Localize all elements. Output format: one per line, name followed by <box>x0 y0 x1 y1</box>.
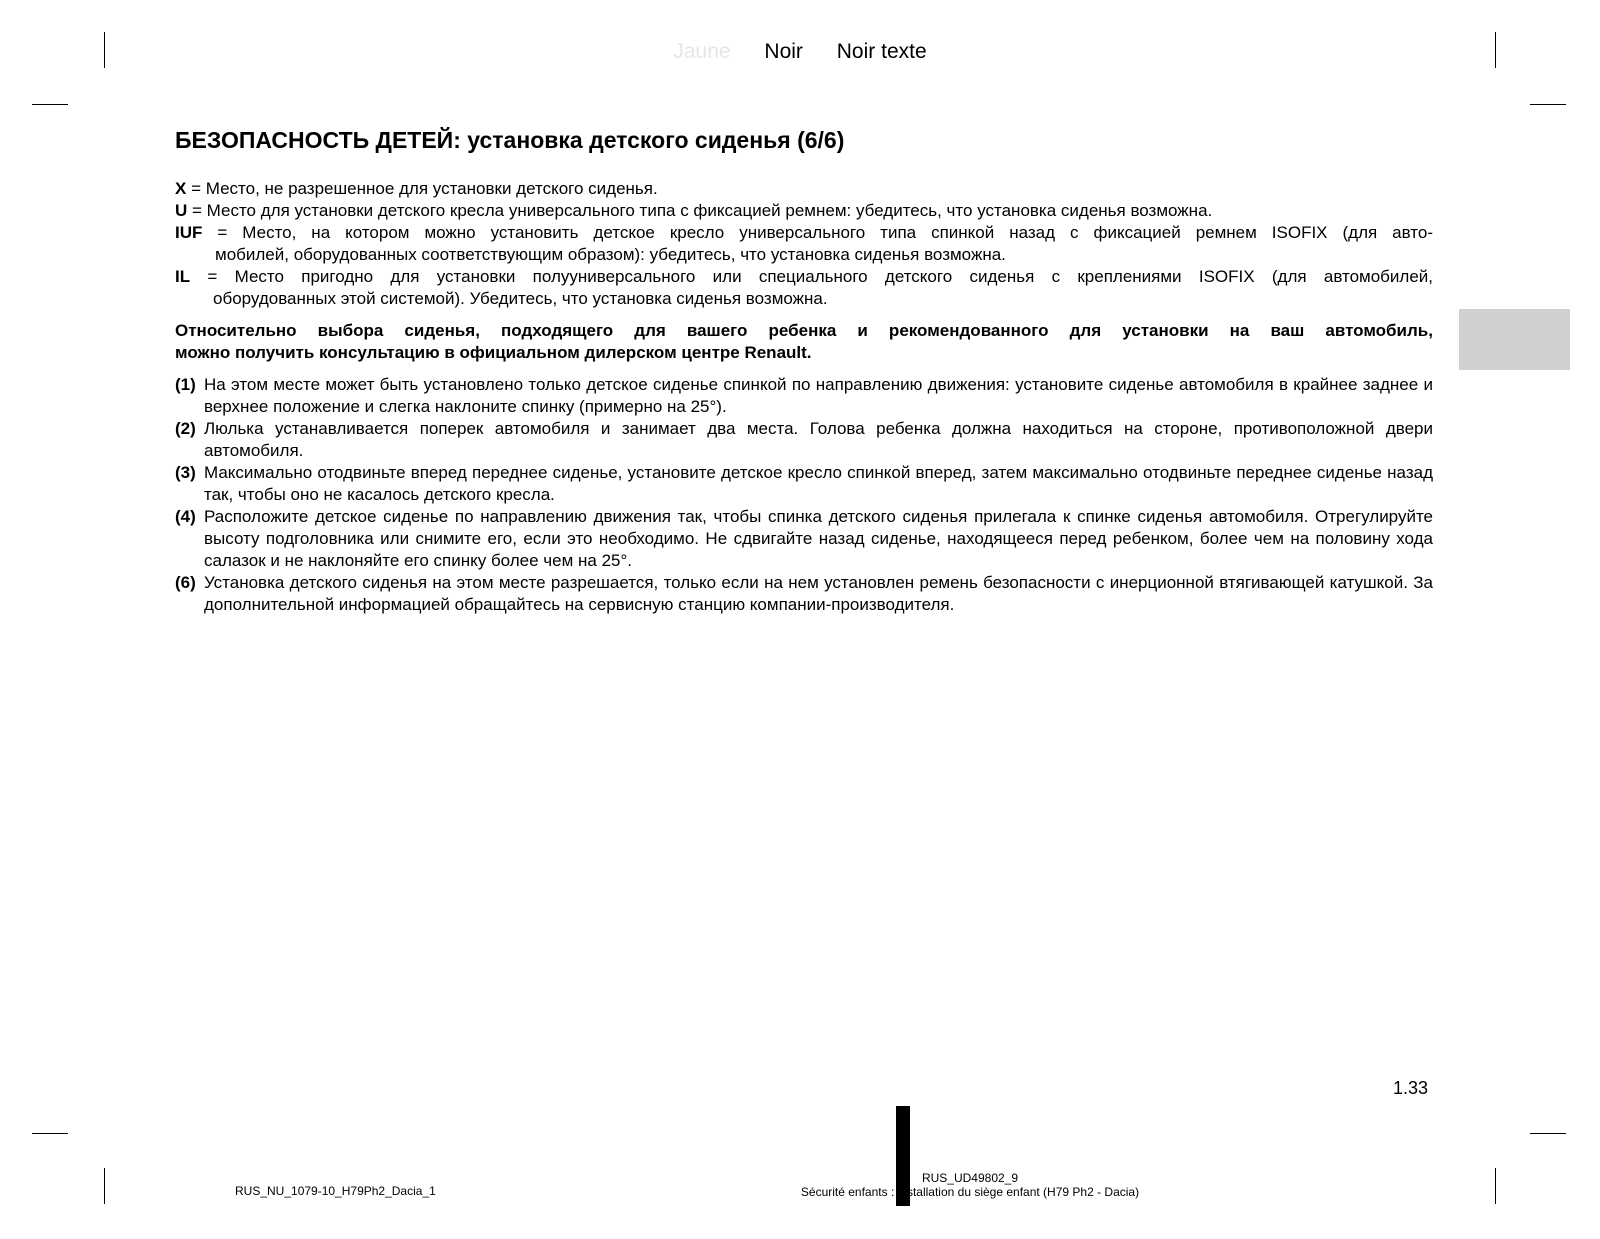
dealer-notice-line-1: Относительно выбора сиденья, подходящего… <box>175 320 1433 342</box>
footnote-number: (4) <box>175 506 204 572</box>
page-title: БЕЗОПАСНОСТЬ ДЕТЕЙ: установка детского с… <box>175 126 844 154</box>
color-separation-marks: Jaune Noir Noir texte <box>0 40 1600 64</box>
color-mark-jaune: Jaune <box>673 40 730 64</box>
footnote: (1) На этом месте может быть установлено… <box>175 374 1433 418</box>
footer-document-code: RUS_NU_1079-10_H79Ph2_Dacia_1 <box>235 1184 436 1198</box>
legend-text: = Место, не разрешенное для установки де… <box>186 179 657 198</box>
legend-item-x: X = Место, не разрешенное для установки … <box>175 178 1433 200</box>
footnote-number: (6) <box>175 572 204 616</box>
crop-mark-top-left-horizontal <box>32 104 68 105</box>
legend-item-il: IL = Место пригодно для установки полуун… <box>175 266 1433 310</box>
crop-mark-bottom-left-vertical <box>104 1168 105 1204</box>
page-number: 1.33 <box>1393 1078 1428 1099</box>
color-mark-noir-texte: Noir texte <box>837 40 927 64</box>
seat-legend: X = Место, не разрешенное для установки … <box>175 178 1433 310</box>
footnote-text: Расположите детское сиденье по направлен… <box>204 506 1433 572</box>
section-thumb-tab <box>1459 309 1570 370</box>
main-content: X = Место, не разрешенное для установки … <box>175 178 1433 616</box>
legend-text: = Место пригодно для установки полууниве… <box>190 267 1433 286</box>
footnote: (2) Люлька устанавливается поперек автом… <box>175 418 1433 462</box>
legend-text-continued: мобилей, оборудованных соответствующим о… <box>175 244 1433 266</box>
crop-mark-bottom-left-horizontal <box>32 1133 68 1134</box>
footer-section-code: RUS_UD49802_9 <box>790 1171 1150 1185</box>
legend-text: = Место, на котором можно установить дет… <box>202 223 1433 242</box>
legend-key: IUF <box>175 223 202 242</box>
crop-mark-top-right-horizontal <box>1530 104 1566 105</box>
legend-item-u: U = Место для установки детского кресла … <box>175 200 1433 222</box>
legend-key: IL <box>175 267 190 286</box>
footnote-text: На этом месте может быть установлено тол… <box>204 374 1433 418</box>
footnote-text: Люлька устанавливается поперек автомобил… <box>204 418 1433 462</box>
legend-key: U <box>175 201 187 220</box>
legend-text-continued: оборудованных этой системой). Убедитесь,… <box>175 288 1433 310</box>
legend-item-iuf: IUF = Место, на котором можно установить… <box>175 222 1433 266</box>
dealer-notice-line-2: можно получить консультацию в официально… <box>175 342 1433 364</box>
footnote-text: Установка детского сиденья на этом месте… <box>204 572 1433 616</box>
footnote-number: (3) <box>175 462 204 506</box>
dealer-notice: Относительно выбора сиденья, подходящего… <box>175 320 1433 364</box>
crop-mark-bottom-right-horizontal <box>1530 1133 1566 1134</box>
footnote: (6) Установка детского сиденья на этом м… <box>175 572 1433 616</box>
footer-section-title: Sécurité enfants : installation du siège… <box>790 1185 1150 1199</box>
legend-text: = Место для установки детского кресла ун… <box>187 201 1212 220</box>
footnote-number: (1) <box>175 374 204 418</box>
crop-mark-bottom-right-vertical <box>1495 1168 1496 1204</box>
footnote-text: Максимально отодвиньте вперед переднее с… <box>204 462 1433 506</box>
footer-center: RUS_UD49802_9 Sécurité enfants : install… <box>790 1171 1150 1199</box>
footnote-number: (2) <box>175 418 204 462</box>
footnote: (3) Максимально отодвиньте вперед передн… <box>175 462 1433 506</box>
footnotes: (1) На этом месте может быть установлено… <box>175 374 1433 616</box>
color-mark-noir: Noir <box>764 40 803 64</box>
legend-key: X <box>175 179 186 198</box>
footnote: (4) Расположите детское сиденье по напра… <box>175 506 1433 572</box>
